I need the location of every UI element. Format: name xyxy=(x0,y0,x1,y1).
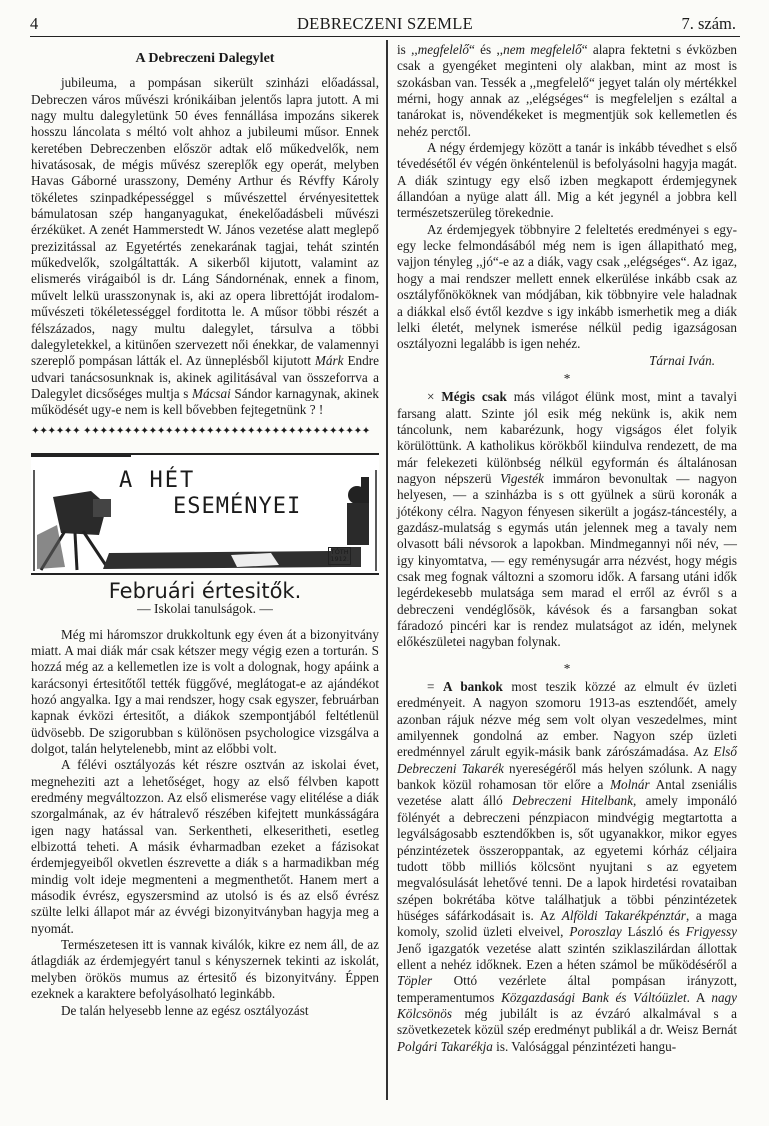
name-macsai: Mácsai xyxy=(192,386,231,401)
separator-asterisk: * xyxy=(397,661,737,677)
publication-title: DEBRECZENI SZEMLE xyxy=(30,14,740,34)
cross-marker-icon: × xyxy=(427,389,441,404)
banner-line-2: ESEMÉNYEI xyxy=(173,499,301,515)
article-paragraph: A félévi osztályozás két részre osztván … xyxy=(31,757,379,937)
article-title-dalegylet: A Debreczeni Dalegylet xyxy=(31,51,379,67)
article-paragraph: Az érdemjegyek többnyire 2 feleltetés er… xyxy=(397,222,737,353)
article-body-dalegylet: jubileuma, a pompásan sikerült szinházi … xyxy=(31,75,379,418)
section-banner-illustration: A HÉT ESEMÉNYEI TÓTH1912. xyxy=(31,453,379,575)
right-column: is ,,megfelelő“ és ,,nem megfelelő“ alap… xyxy=(397,42,737,1055)
page-header: 4 DEBRECZENI SZEMLE 7. szám. xyxy=(30,12,740,37)
author-signature: Tárnai Iván. xyxy=(397,353,737,369)
column-divider xyxy=(386,40,388,1100)
article-paragraph: Még mi háromszor drukkoltunk egy éven át… xyxy=(31,627,379,758)
name-mark: Márk xyxy=(315,353,344,368)
artist-signature: TÓTH1912. xyxy=(328,547,351,565)
article-paragraph: A négy érdemjegy között a tanár is inkáb… xyxy=(397,140,737,222)
ornament-divider: ✦✦✦✦✦✦ ✦✦✦✦✦✦✦✦✦✦✦✦✦✦✦✦✦✦✦✦✦✦✦✦✦✦✦✦✦✦✦✦✦… xyxy=(31,423,379,439)
article-title-ertesitok: Februári értesitők. xyxy=(31,583,379,599)
separator-asterisk: * xyxy=(397,371,737,387)
article-subtitle: — Iskolai tanulságok. — xyxy=(31,601,379,617)
news-item-farsang: × Mégis csak más világot élünk most, min… xyxy=(397,389,737,651)
article-paragraph: De talán helyesebb lenne az egész osztál… xyxy=(31,1003,379,1019)
left-column: A Debreczeni Dalegylet jubileuma, a pomp… xyxy=(31,45,379,1019)
issue-number: 7. szám. xyxy=(681,14,736,34)
article-continuation: is ,,megfelelő“ és ,,nem megfelelő“ alap… xyxy=(397,42,737,140)
banner-line-1: A HÉT xyxy=(119,473,195,489)
equals-marker-icon: = xyxy=(427,679,443,694)
news-item-bankok: = A bankok most teszik közzé az elmult é… xyxy=(397,679,737,1055)
article-paragraph: Természetesen itt is vannak kiválók, kik… xyxy=(31,937,379,1002)
